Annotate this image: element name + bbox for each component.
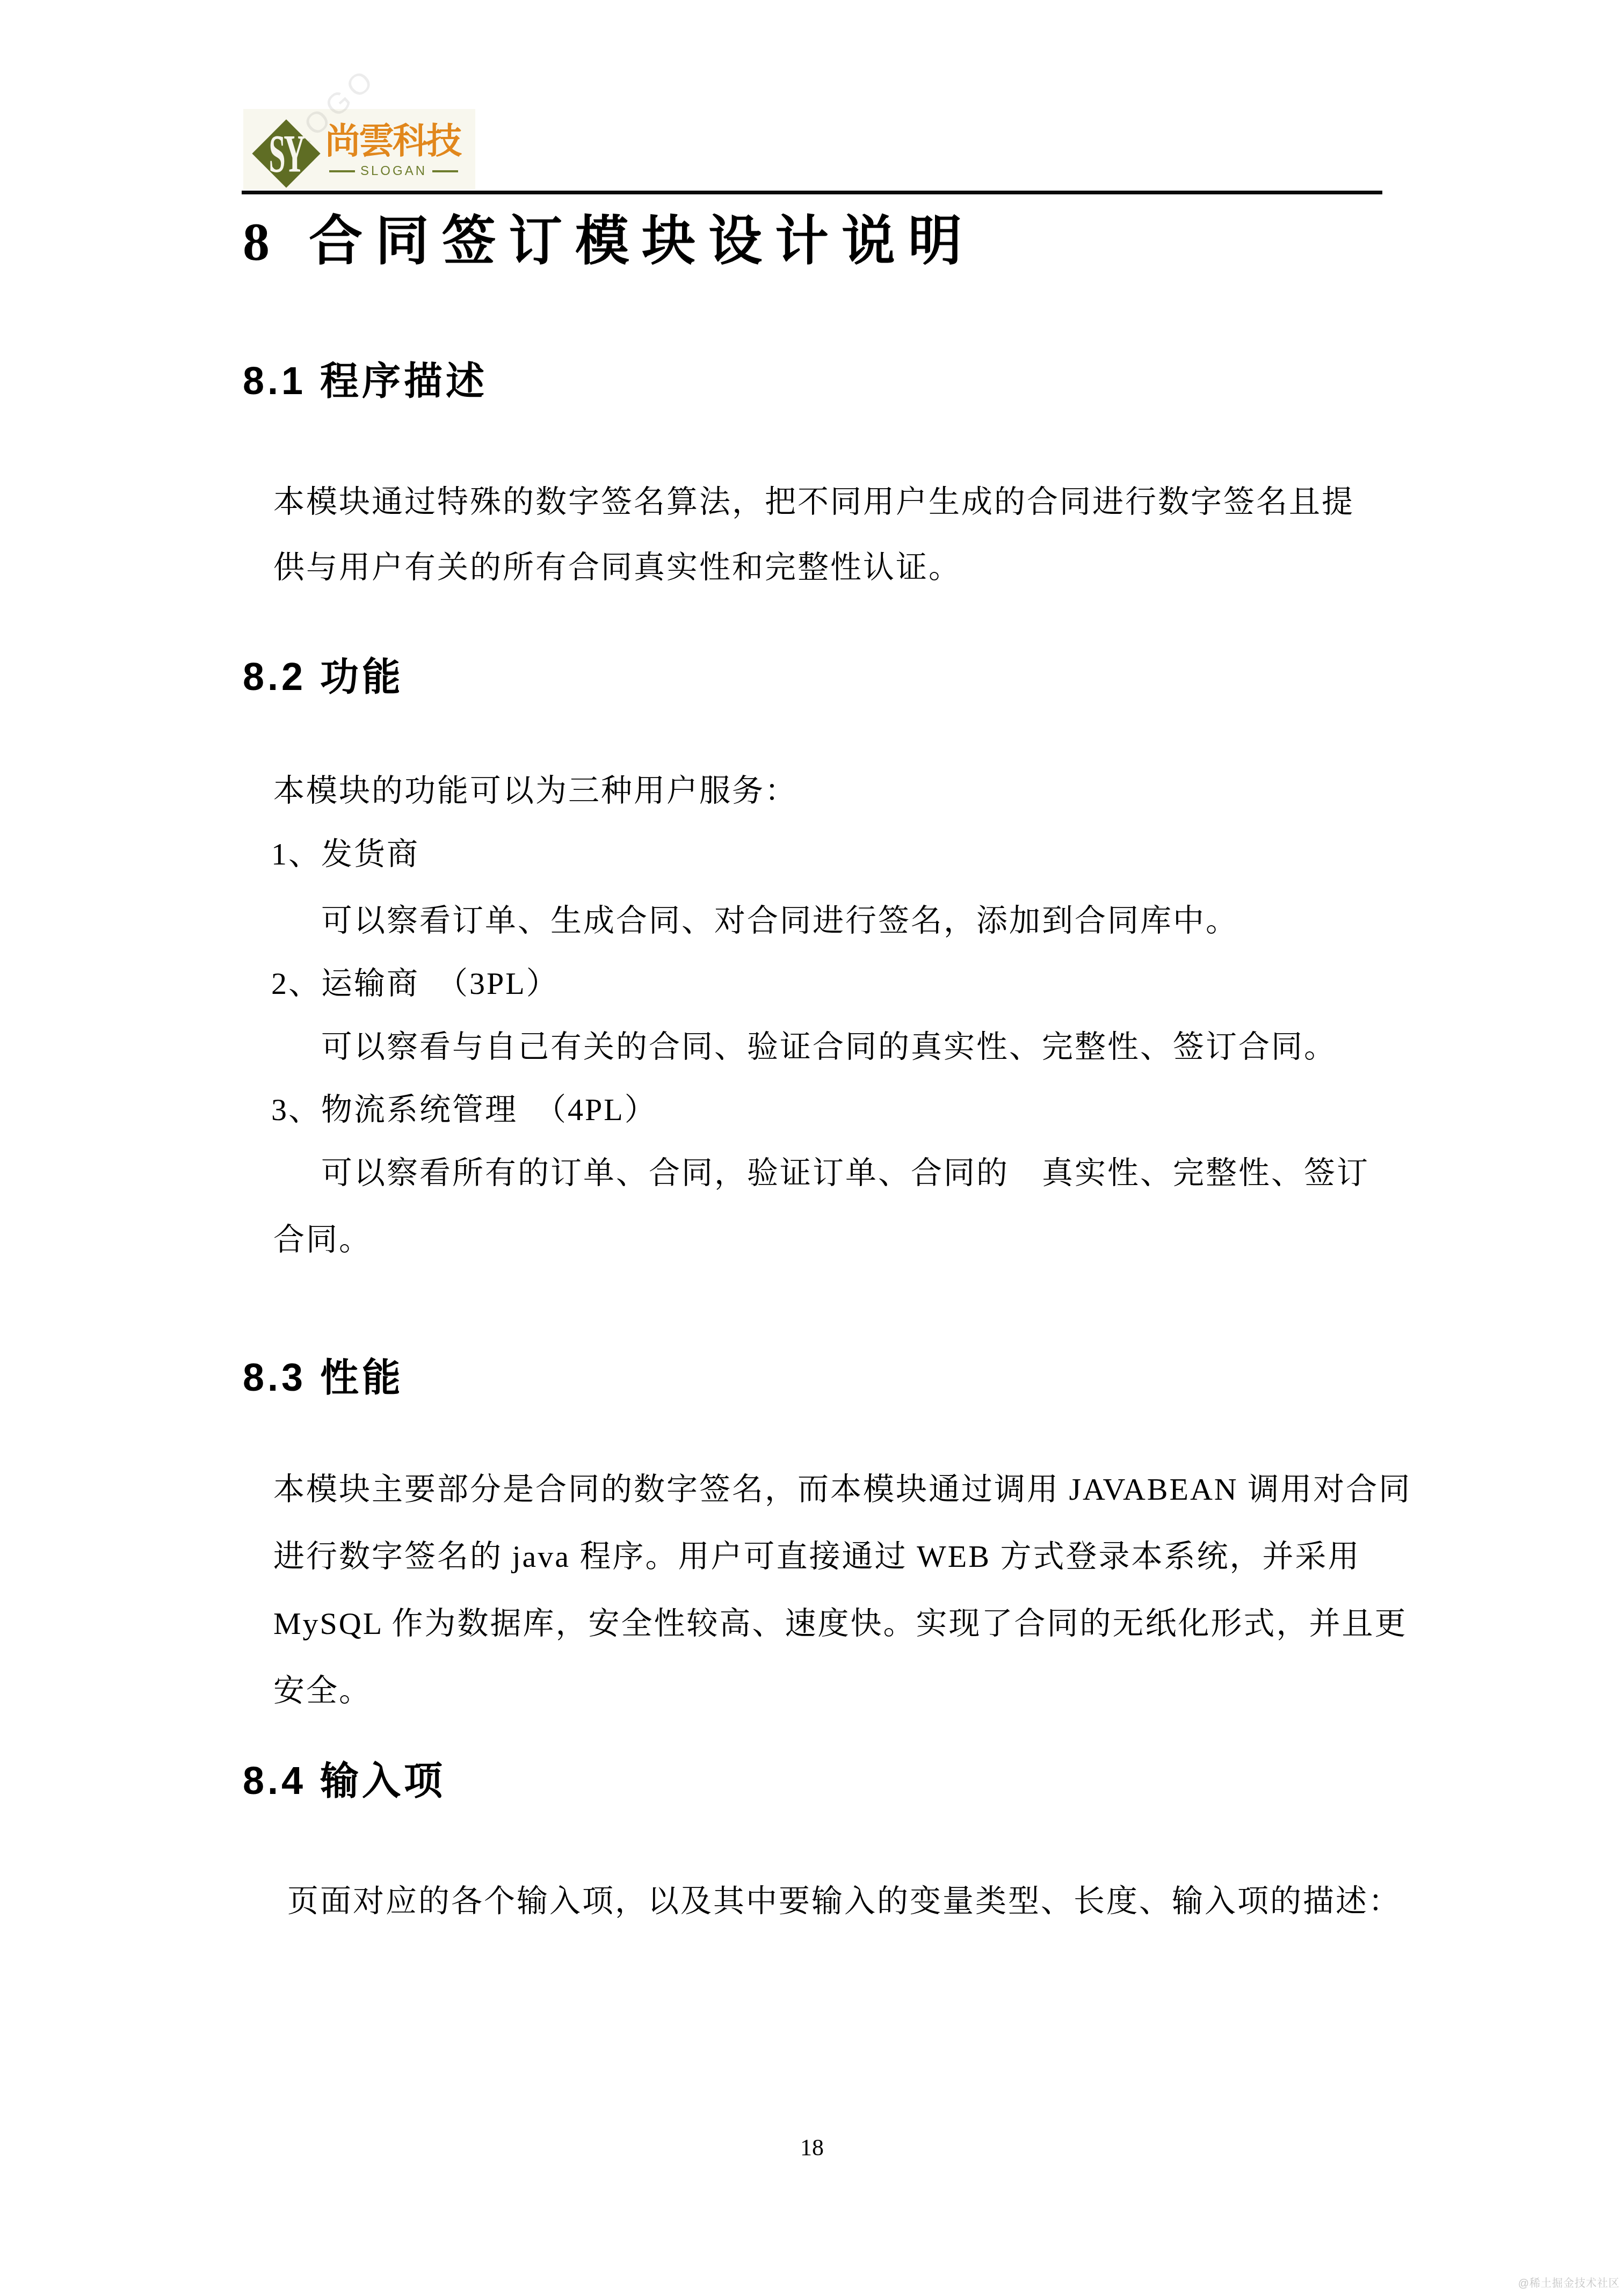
list-item: 1、发货商 bbox=[271, 835, 419, 874]
logo-monogram: SY bbox=[273, 129, 300, 178]
logo-slogan-text: SLOGAN bbox=[355, 165, 432, 178]
list-item-detail: 可以察看所有的订单、合同，验证订单、合同的 真实性、完整性、签订 bbox=[321, 1154, 1369, 1193]
slogan-right-dash bbox=[432, 170, 458, 172]
paragraph-line: 本模块主要部分是合同的数字签名，而本模块通过调用 JAVABEAN 调用对合同 bbox=[273, 1470, 1411, 1509]
list-item-detail: 可以察看与自己有关的合同、验证合同的真实性、完整性、签订合同。 bbox=[321, 1028, 1337, 1067]
document-page: LOGO SY 尚雲科技 SLOGAN 8 合同签订模块设计说明 8.1 程序描… bbox=[0, 0, 1624, 2296]
list-item-detail: 可以察看订单、生成合同、对合同进行签名，添加到合同库中。 bbox=[321, 902, 1238, 941]
list-item: 2、运输商 （3PL） bbox=[271, 964, 559, 1004]
paragraph-line: 进行数字签名的 java 程序。用户可直接通过 WEB 方式登录本系统，并采用 bbox=[273, 1537, 1360, 1576]
slogan-left-dash bbox=[329, 170, 355, 172]
logo-slogan-row: SLOGAN bbox=[329, 165, 458, 178]
section-heading-8-1: 8.1 程序描述 bbox=[243, 359, 488, 404]
site-watermark: @稀土掘金技术社区 bbox=[1518, 2278, 1620, 2289]
chapter-title: 8 合同签订模块设计说明 bbox=[243, 212, 975, 271]
list-item: 3、物流系统管理 （4PL） bbox=[271, 1091, 657, 1130]
section-heading-8-3: 8.3 性能 bbox=[243, 1356, 404, 1400]
header-divider bbox=[242, 191, 1382, 194]
company-logo: LOGO SY 尚雲科技 SLOGAN bbox=[243, 109, 475, 190]
list-item-detail: 合同。 bbox=[273, 1220, 372, 1260]
section-heading-8-4: 8.4 输入项 bbox=[243, 1759, 446, 1804]
paragraph-line: 页面对应的各个输入项，以及其中要输入的变量类型、长度、输入项的描述： bbox=[287, 1882, 1401, 1921]
paragraph-line: 本模块的功能可以为三种用户服务： bbox=[273, 772, 798, 811]
paragraph-line: 安全。 bbox=[273, 1672, 372, 1711]
paragraph-line: 供与用户有关的所有合同真实性和完整性认证。 bbox=[273, 548, 961, 587]
section-heading-8-2: 8.2 功能 bbox=[243, 655, 404, 700]
logo-brand-name: 尚雲科技 bbox=[325, 124, 460, 159]
paragraph-line: 本模块通过特殊的数字签名算法，把不同用户生成的合同进行数字签名且提 bbox=[273, 483, 1354, 522]
page-number: 18 bbox=[0, 2136, 1624, 2160]
paragraph-line: MySQL 作为数据库，安全性较高、速度快。实现了合同的无纸化形式，并且更 bbox=[273, 1604, 1408, 1644]
